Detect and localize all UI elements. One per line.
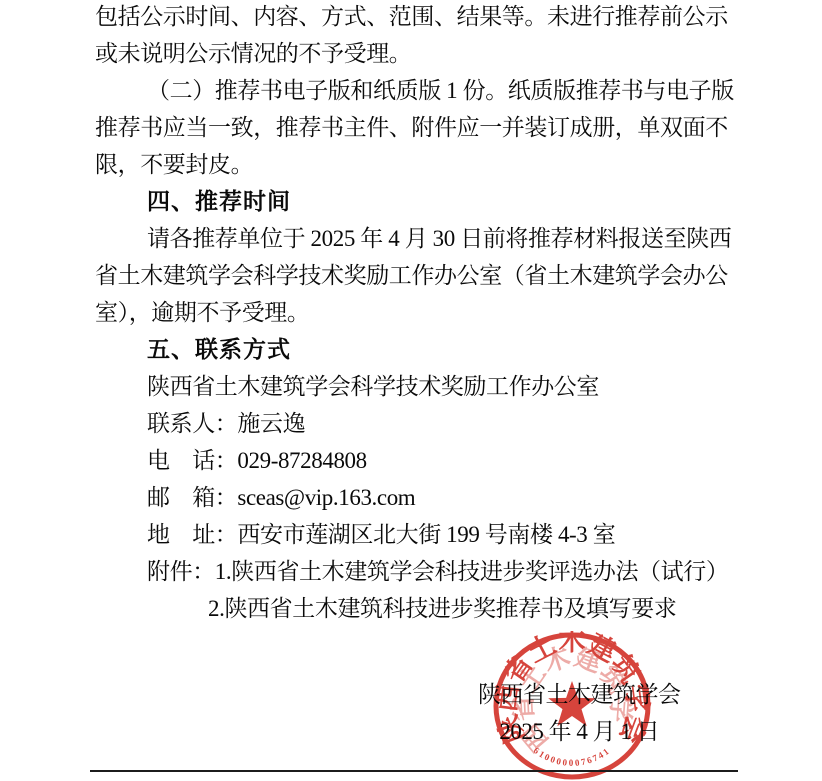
document-page: 包括公示时间、内容、方式、范围、结果等。未进行推荐前公示 或未说明公示情况的不予…: [0, 0, 822, 781]
contact-email-line: 邮 箱：sceas@vip.163.com: [95, 479, 755, 516]
paragraph-line: 请各推荐单位于 2025 年 4 月 30 日前将推荐材料报送至陕西: [95, 220, 755, 257]
document-body: 包括公示时间、内容、方式、范围、结果等。未进行推荐前公示 或未说明公示情况的不予…: [95, 0, 755, 627]
paragraph-line: 推荐书应当一致，推荐书主件、附件应一并装订成册，单双面不: [95, 109, 755, 146]
paragraph-line: 限，不要封皮。: [95, 146, 755, 183]
section-heading-contact: 五、联系方式: [95, 331, 755, 368]
contact-person-line: 联系人：施云逸: [95, 405, 755, 442]
section-heading-recommend-time: 四、推荐时间: [95, 183, 755, 220]
official-seal-stamp: 陕西省土木建筑学会 陕西省土木建筑学会 6100000076741: [492, 631, 652, 781]
contact-address-line: 地 址：西安市莲湖区北大街 199 号南楼 4-3 室: [95, 516, 755, 553]
paragraph-line: 室），逾期不予受理。: [95, 294, 755, 331]
paragraph-line: 或未说明公示情况的不予受理。: [95, 35, 755, 72]
attachment-line-1: 附件：1.陕西省土木建筑学会科技进步奖评选办法（试行）: [95, 553, 755, 590]
seal-code: 6100000076741: [532, 745, 613, 768]
paragraph-line: 省土木建筑学会科学技术奖励工作办公室（省土木建筑学会办公: [95, 257, 755, 294]
attachment-line-2: 2.陕西省土木建筑科技进步奖推荐书及填写要求: [95, 590, 755, 627]
paragraph-line: （二）推荐书电子版和纸质版 1 份。纸质版推荐书与电子版: [95, 72, 755, 109]
contact-office-line: 陕西省土木建筑学会科学技术奖励工作办公室: [95, 368, 755, 405]
seal-star-icon: [548, 681, 596, 726]
contact-phone-line: 电 话：029-87284808: [95, 442, 755, 479]
footer-divider: [90, 770, 738, 772]
paragraph-line: 包括公示时间、内容、方式、范围、结果等。未进行推荐前公示: [95, 0, 755, 35]
